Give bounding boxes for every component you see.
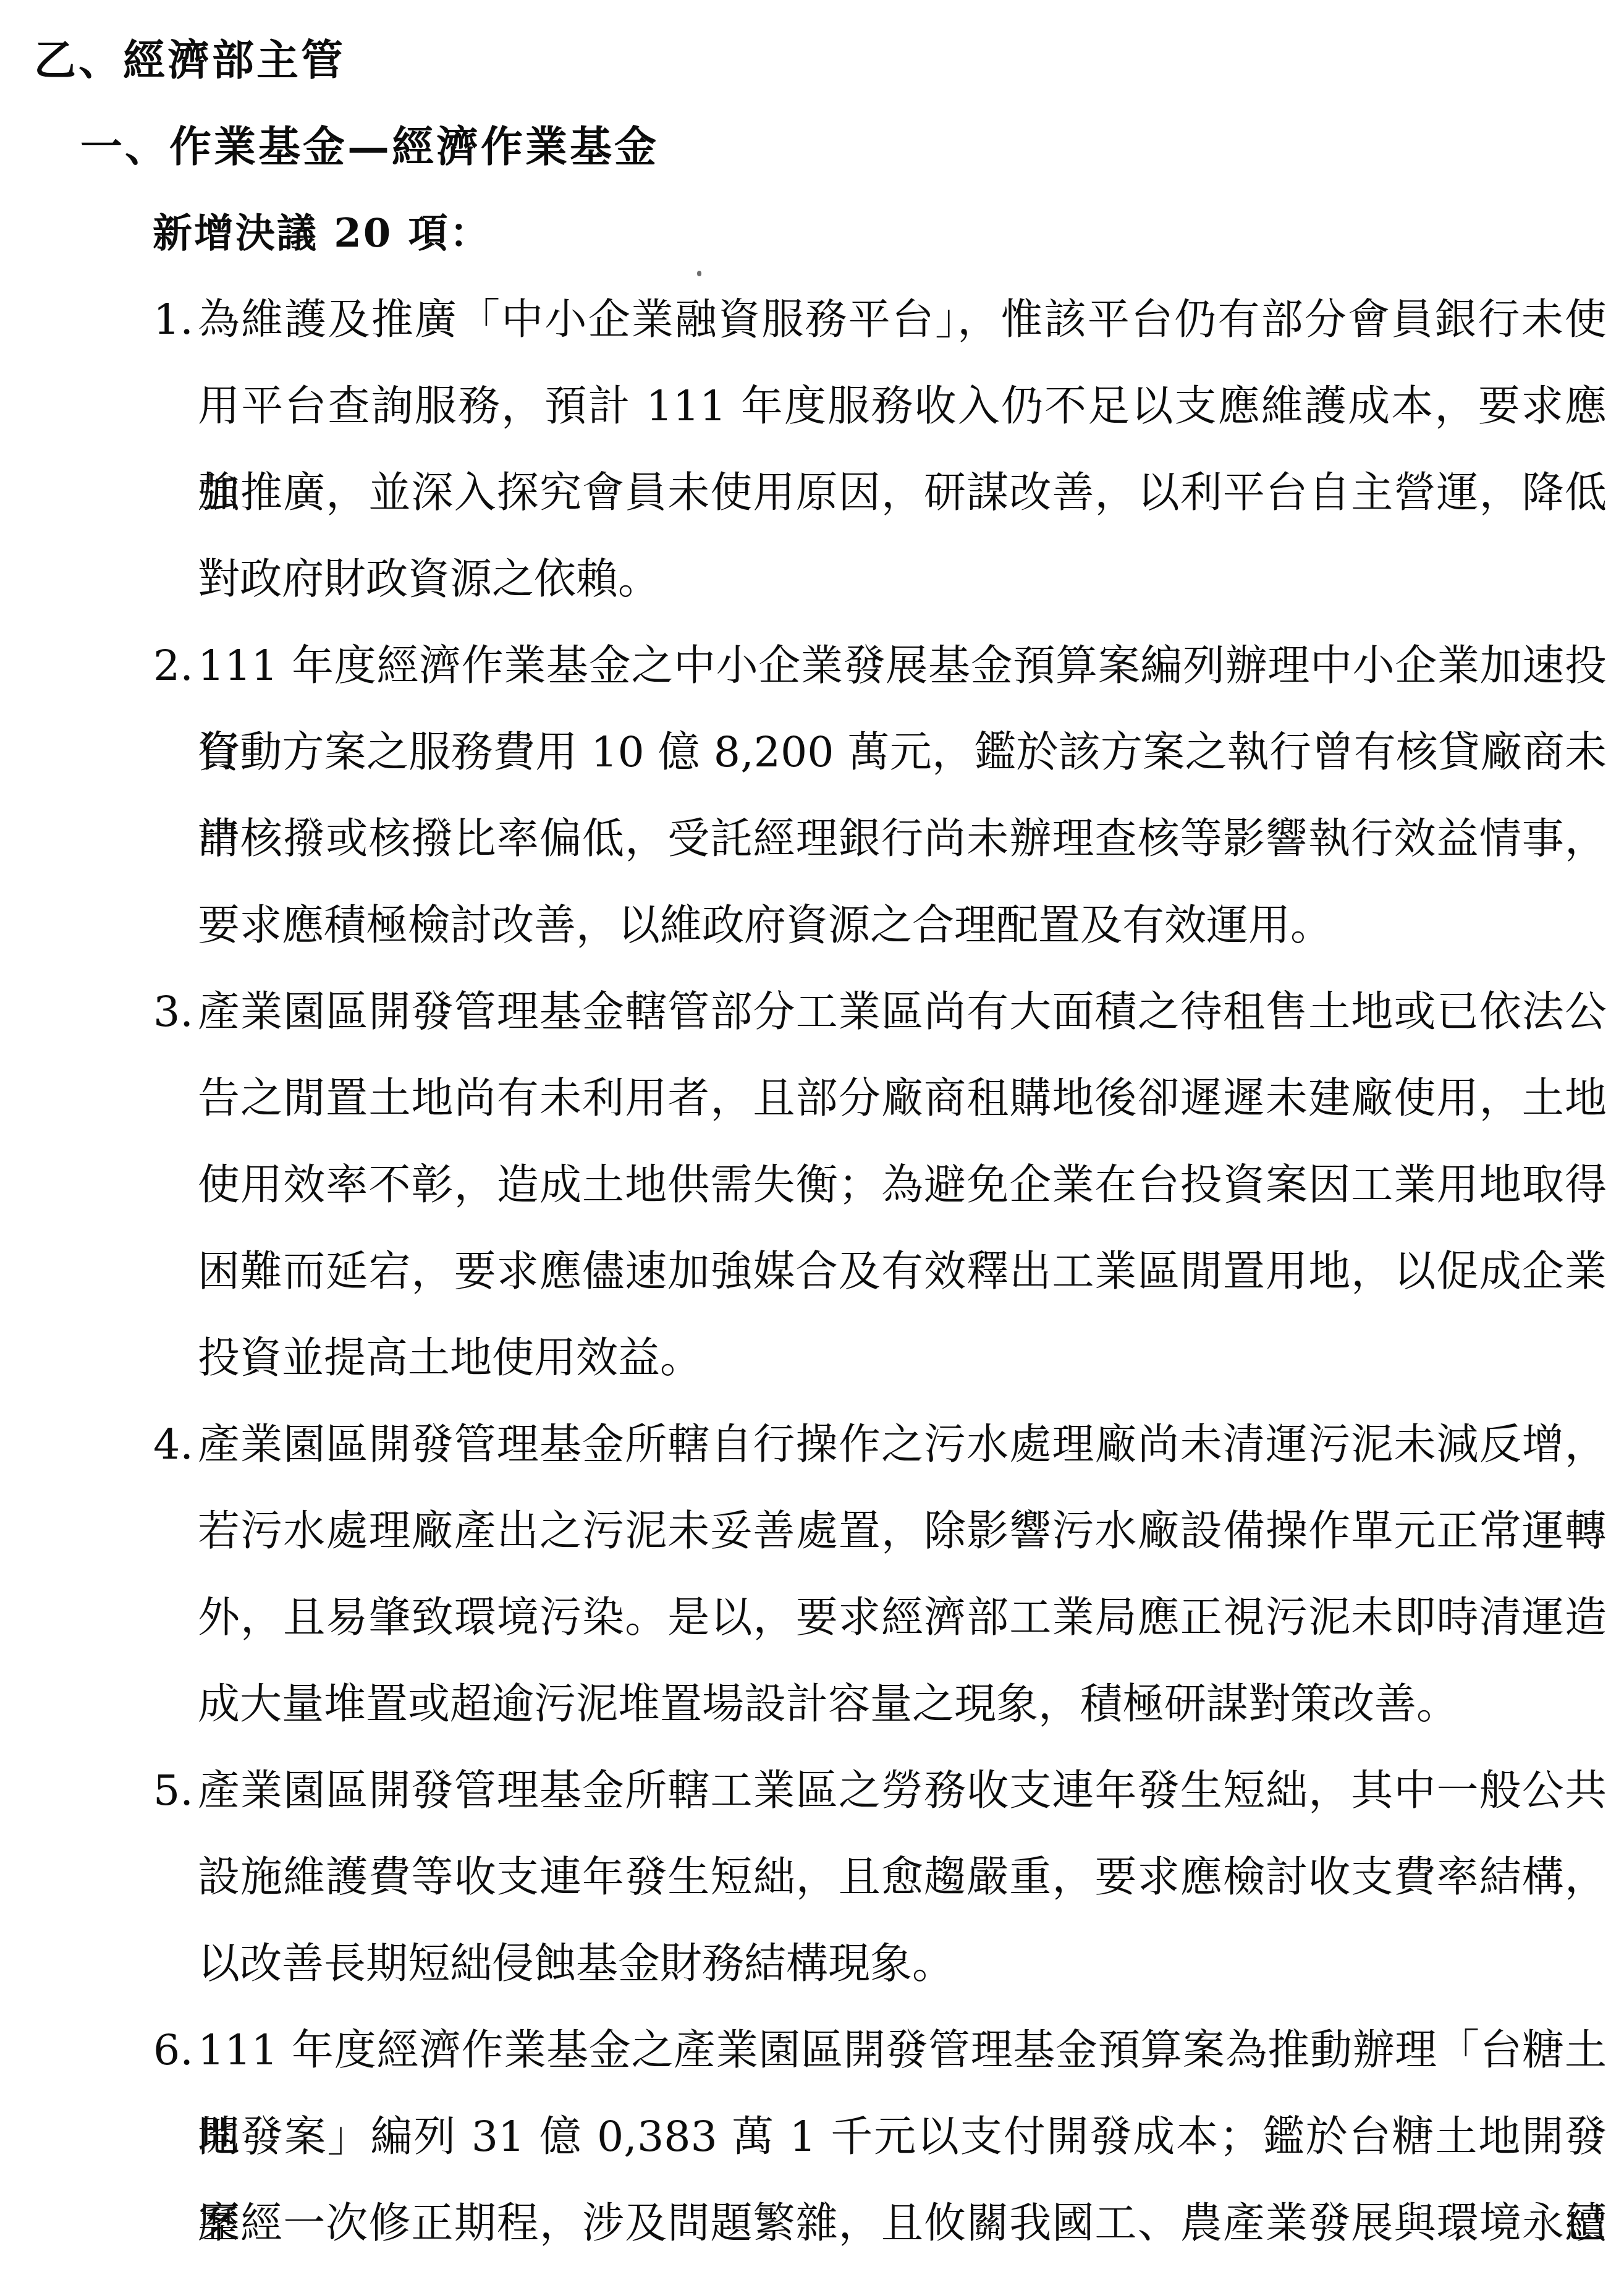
item-line-text: 產業園區開發管理基金所轄工業區之勞務收支連年發生短絀，其中一般公共 — [198, 1766, 1607, 1815]
item-line-text: 產業園區開發管理基金所轄自行操作之污水處理廠尚未清運污泥未減反增， — [198, 1420, 1607, 1469]
item-line: 行動方案之服務費用 10 億 8,200 萬元，鑑於該方案之執行曾有核貸廠商未申 — [198, 710, 1607, 796]
resolution-item-5: 5.產業園區開發管理基金所轄工業區之勞務收支連年發生短絀，其中一般公共 設施維護… — [0, 1748, 1624, 2007]
item-line: 6.111 年度經濟作業基金之產業園區開發管理基金預算案為推動辦理「台糖土地 — [198, 2007, 1607, 2094]
item-line: 困難而延宕，要求應儘速加強媒合及有效釋出工業區閒置用地，以促成企業 — [198, 1229, 1607, 1315]
item-line: 若污水處理廠產出之污泥未妥善處置，除影響污水廠設備操作單元正常運轉 — [198, 1488, 1607, 1575]
section-heading: 乙、經濟部主管 — [0, 17, 1624, 104]
item-line: 外，且易肇致環境污染。是以，要求經濟部工業局應正視污泥未即時清運造 — [198, 1575, 1607, 1661]
subsection-heading: 一、作業基金—經濟作業基金 — [0, 104, 1624, 190]
document-page: 乙、經濟部主管 一、作業基金—經濟作業基金 新增決議 20 項： 1.為維護及推… — [0, 0, 1624, 2272]
resolution-item-1: 1.為維護及推廣「中小企業融資服務平台」，惟該平台仍有部分會員銀行未使 用平台查… — [0, 277, 1624, 623]
item-line: 以改善長期短絀侵蝕基金財務結構現象。 — [198, 1921, 1607, 2007]
resolution-item-3: 3.產業園區開發管理基金轄管部分工業區尚有大面積之待租售土地或已依法公 告之閒置… — [0, 969, 1624, 1402]
item-line: 4.產業園區開發管理基金所轄自行操作之污水處理廠尚未清運污泥未減反增， — [198, 1402, 1607, 1488]
item-line: 告之閒置土地尚有未利用者，且部分廠商租購地後卻遲遲未建廠使用，土地 — [198, 1056, 1607, 1142]
item-line: 3.產業園區開發管理基金轄管部分工業區尚有大面積之待租售土地或已依法公 — [198, 969, 1607, 1056]
item-line: 開發案」編列 31 億 0,383 萬 1 千元以支付開發成本；鑑於台糖土地開發… — [198, 2094, 1607, 2181]
item-line-text: 產業園區開發管理基金轄管部分工業區尚有大面積之待租售土地或已依法公 — [198, 988, 1607, 1036]
item-line: 強推廣，並深入探究會員未使用原因，研謀改善，以利平台自主營運，降低 — [198, 450, 1607, 536]
item-line: 1.為維護及推廣「中小企業融資服務平台」，惟該平台仍有部分會員銀行未使 — [198, 277, 1607, 363]
item-line: 2.111 年度經濟作業基金之中小企業發展基金預算案編列辦理中小企業加速投資 — [198, 623, 1607, 710]
scan-speck — [697, 271, 701, 276]
item-line: 5.產業園區開發管理基金所轄工業區之勞務收支連年發生短絀，其中一般公共 — [198, 1748, 1607, 1834]
resolution-item-6: 6.111 年度經濟作業基金之產業園區開發管理基金預算案為推動辦理「台糖土地 開… — [0, 2007, 1624, 2267]
item-line: 投資並提高土地使用效益。 — [198, 1315, 1607, 1402]
item-number: 2. — [153, 623, 193, 710]
item-line: 對政府財政資源之依賴。 — [198, 536, 1607, 623]
item-line: 歷經一次修正期程，涉及問題繁雜，且攸關我國工、農產業發展與環境永續 — [198, 2181, 1607, 2267]
item-number: 4. — [153, 1402, 193, 1488]
item-line: 要求應積極檢討改善，以維政府資源之合理配置及有效運用。 — [198, 883, 1607, 969]
resolution-count-heading: 新增決議 20 項： — [0, 190, 1624, 277]
item-line: 請核撥或核撥比率偏低，受託經理銀行尚未辦理查核等影響執行效益情事， — [198, 796, 1607, 883]
item-line-text: 為維護及推廣「中小企業融資服務平台」，惟該平台仍有部分會員銀行未使 — [198, 295, 1607, 344]
item-number: 5. — [153, 1748, 193, 1834]
item-line: 使用效率不彰，造成土地供需失衡；為避免企業在台投資案因工業用地取得 — [198, 1142, 1607, 1229]
item-number: 1. — [153, 277, 193, 363]
resolution-item-4: 4.產業園區開發管理基金所轄自行操作之污水處理廠尚未清運污泥未減反增， 若污水處… — [0, 1402, 1624, 1748]
item-number: 6. — [153, 2007, 193, 2094]
item-line: 設施維護費等收支連年發生短絀，且愈趨嚴重，要求應檢討收支費率結構， — [198, 1834, 1607, 1921]
item-number: 3. — [153, 969, 193, 1056]
item-line: 用平台查詢服務，預計 111 年度服務收入仍不足以支應維護成本，要求應加 — [198, 363, 1607, 450]
resolution-item-2: 2.111 年度經濟作業基金之中小企業發展基金預算案編列辦理中小企業加速投資 行… — [0, 623, 1624, 969]
item-line: 成大量堆置或超逾污泥堆置場設計容量之現象，積極研謀對策改善。 — [198, 1661, 1607, 1748]
